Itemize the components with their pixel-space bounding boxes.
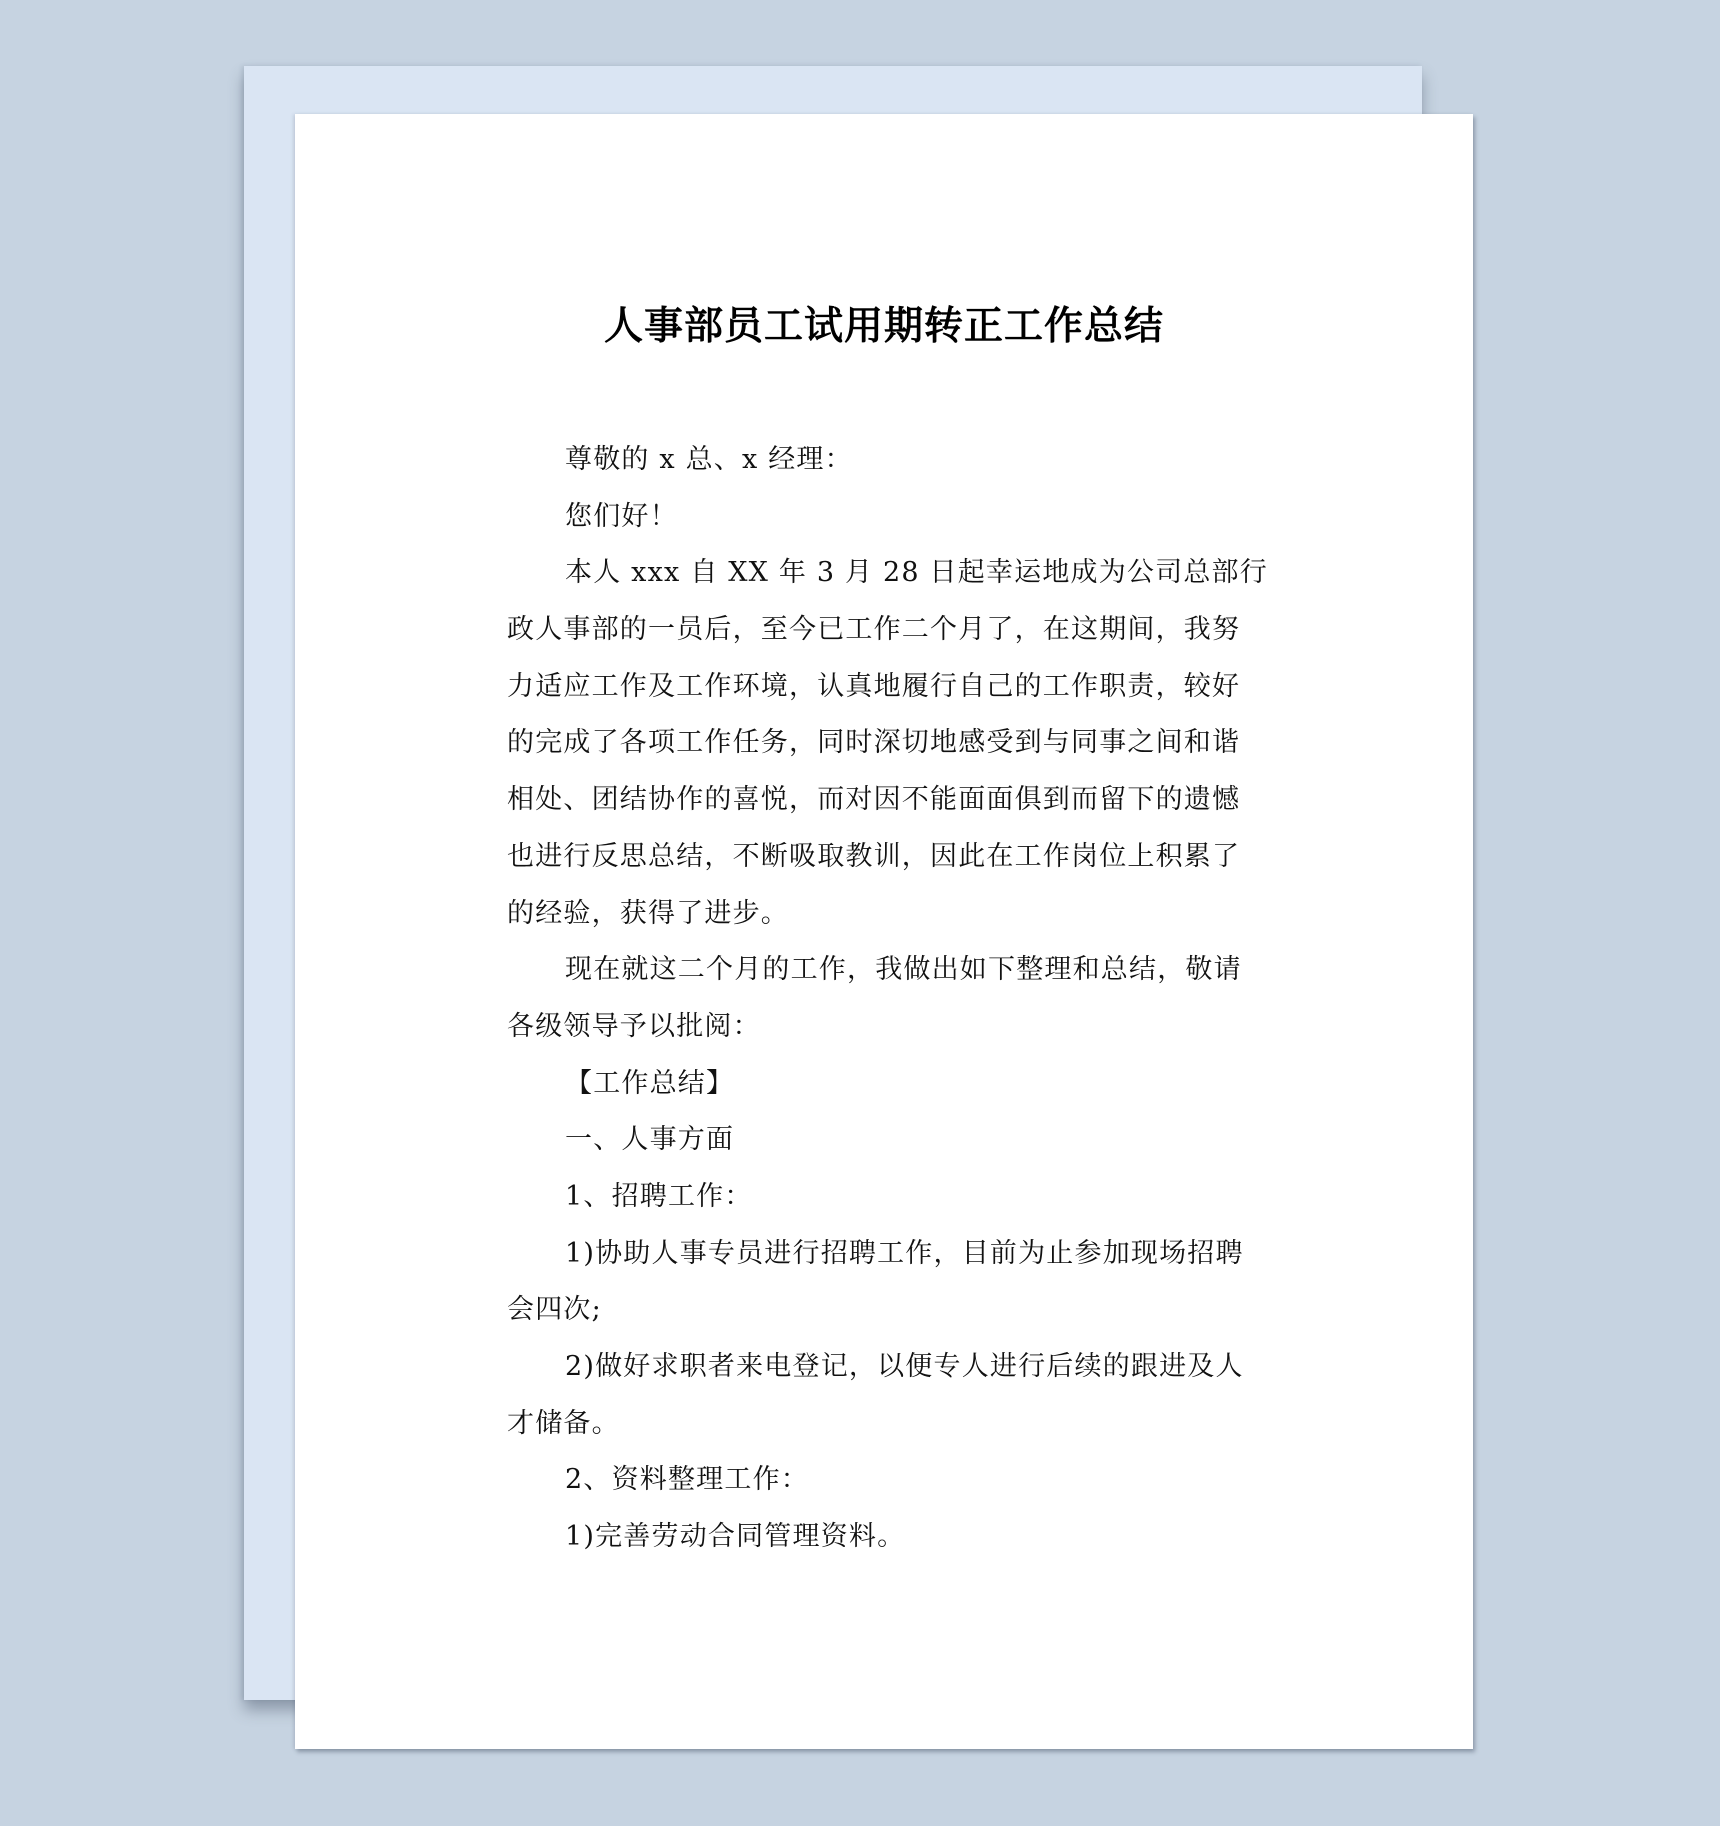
body-line: 相处、团结协作的喜悦，而对因不能面面俱到而留下的遗憾 (507, 772, 1267, 829)
greeting-line: 您们好！ (507, 489, 1267, 546)
body-line: 各级领导予以批阅： (507, 999, 1267, 1056)
list-item-continuation: 会四次; (507, 1282, 1267, 1339)
list-heading: 2、资料整理工作： (507, 1452, 1267, 1509)
body-line: 也进行反思总结，不断吸取教训，因此在工作岗位上积累了 (507, 829, 1267, 886)
section-heading: 【工作总结】 (507, 1056, 1267, 1113)
list-item-continuation: 才储备。 (507, 1396, 1267, 1453)
subsection-heading: 一、人事方面 (507, 1112, 1267, 1169)
body-line: 政人事部的一员后，至今已工作二个月了，在这期间，我努 (507, 602, 1267, 659)
body-line: 本人 xxx 自 XX 年 3 月 28 日起幸运地成为公司总部行 (507, 545, 1267, 602)
front-page-sheet: 人事部员工试用期转正工作总结 尊敬的 x 总、x 经理： 您们好！ 本人 xxx… (295, 114, 1473, 1749)
body-line: 现在就这二个月的工作，我做出如下整理和总结，敬请 (507, 942, 1267, 999)
body-line: 力适应工作及工作环境，认真地履行自己的工作职责，较好 (507, 659, 1267, 716)
document-title: 人事部员工试用期转正工作总结 (295, 302, 1473, 352)
body-line: 的经验，获得了进步。 (507, 886, 1267, 943)
list-heading: 1、招聘工作： (507, 1169, 1267, 1226)
salutation-line: 尊敬的 x 总、x 经理： (507, 432, 1267, 489)
list-item: 2)做好求职者来电登记，以便专人进行后续的跟进及人 (507, 1339, 1267, 1396)
document-body: 尊敬的 x 总、x 经理： 您们好！ 本人 xxx 自 XX 年 3 月 28 … (507, 432, 1267, 1566)
list-item: 1)协助人事专员进行招聘工作，目前为止参加现场招聘 (507, 1226, 1267, 1283)
body-line: 的完成了各项工作任务，同时深切地感受到与同事之间和谐 (507, 715, 1267, 772)
list-item: 1)完善劳动合同管理资料。 (507, 1509, 1267, 1566)
